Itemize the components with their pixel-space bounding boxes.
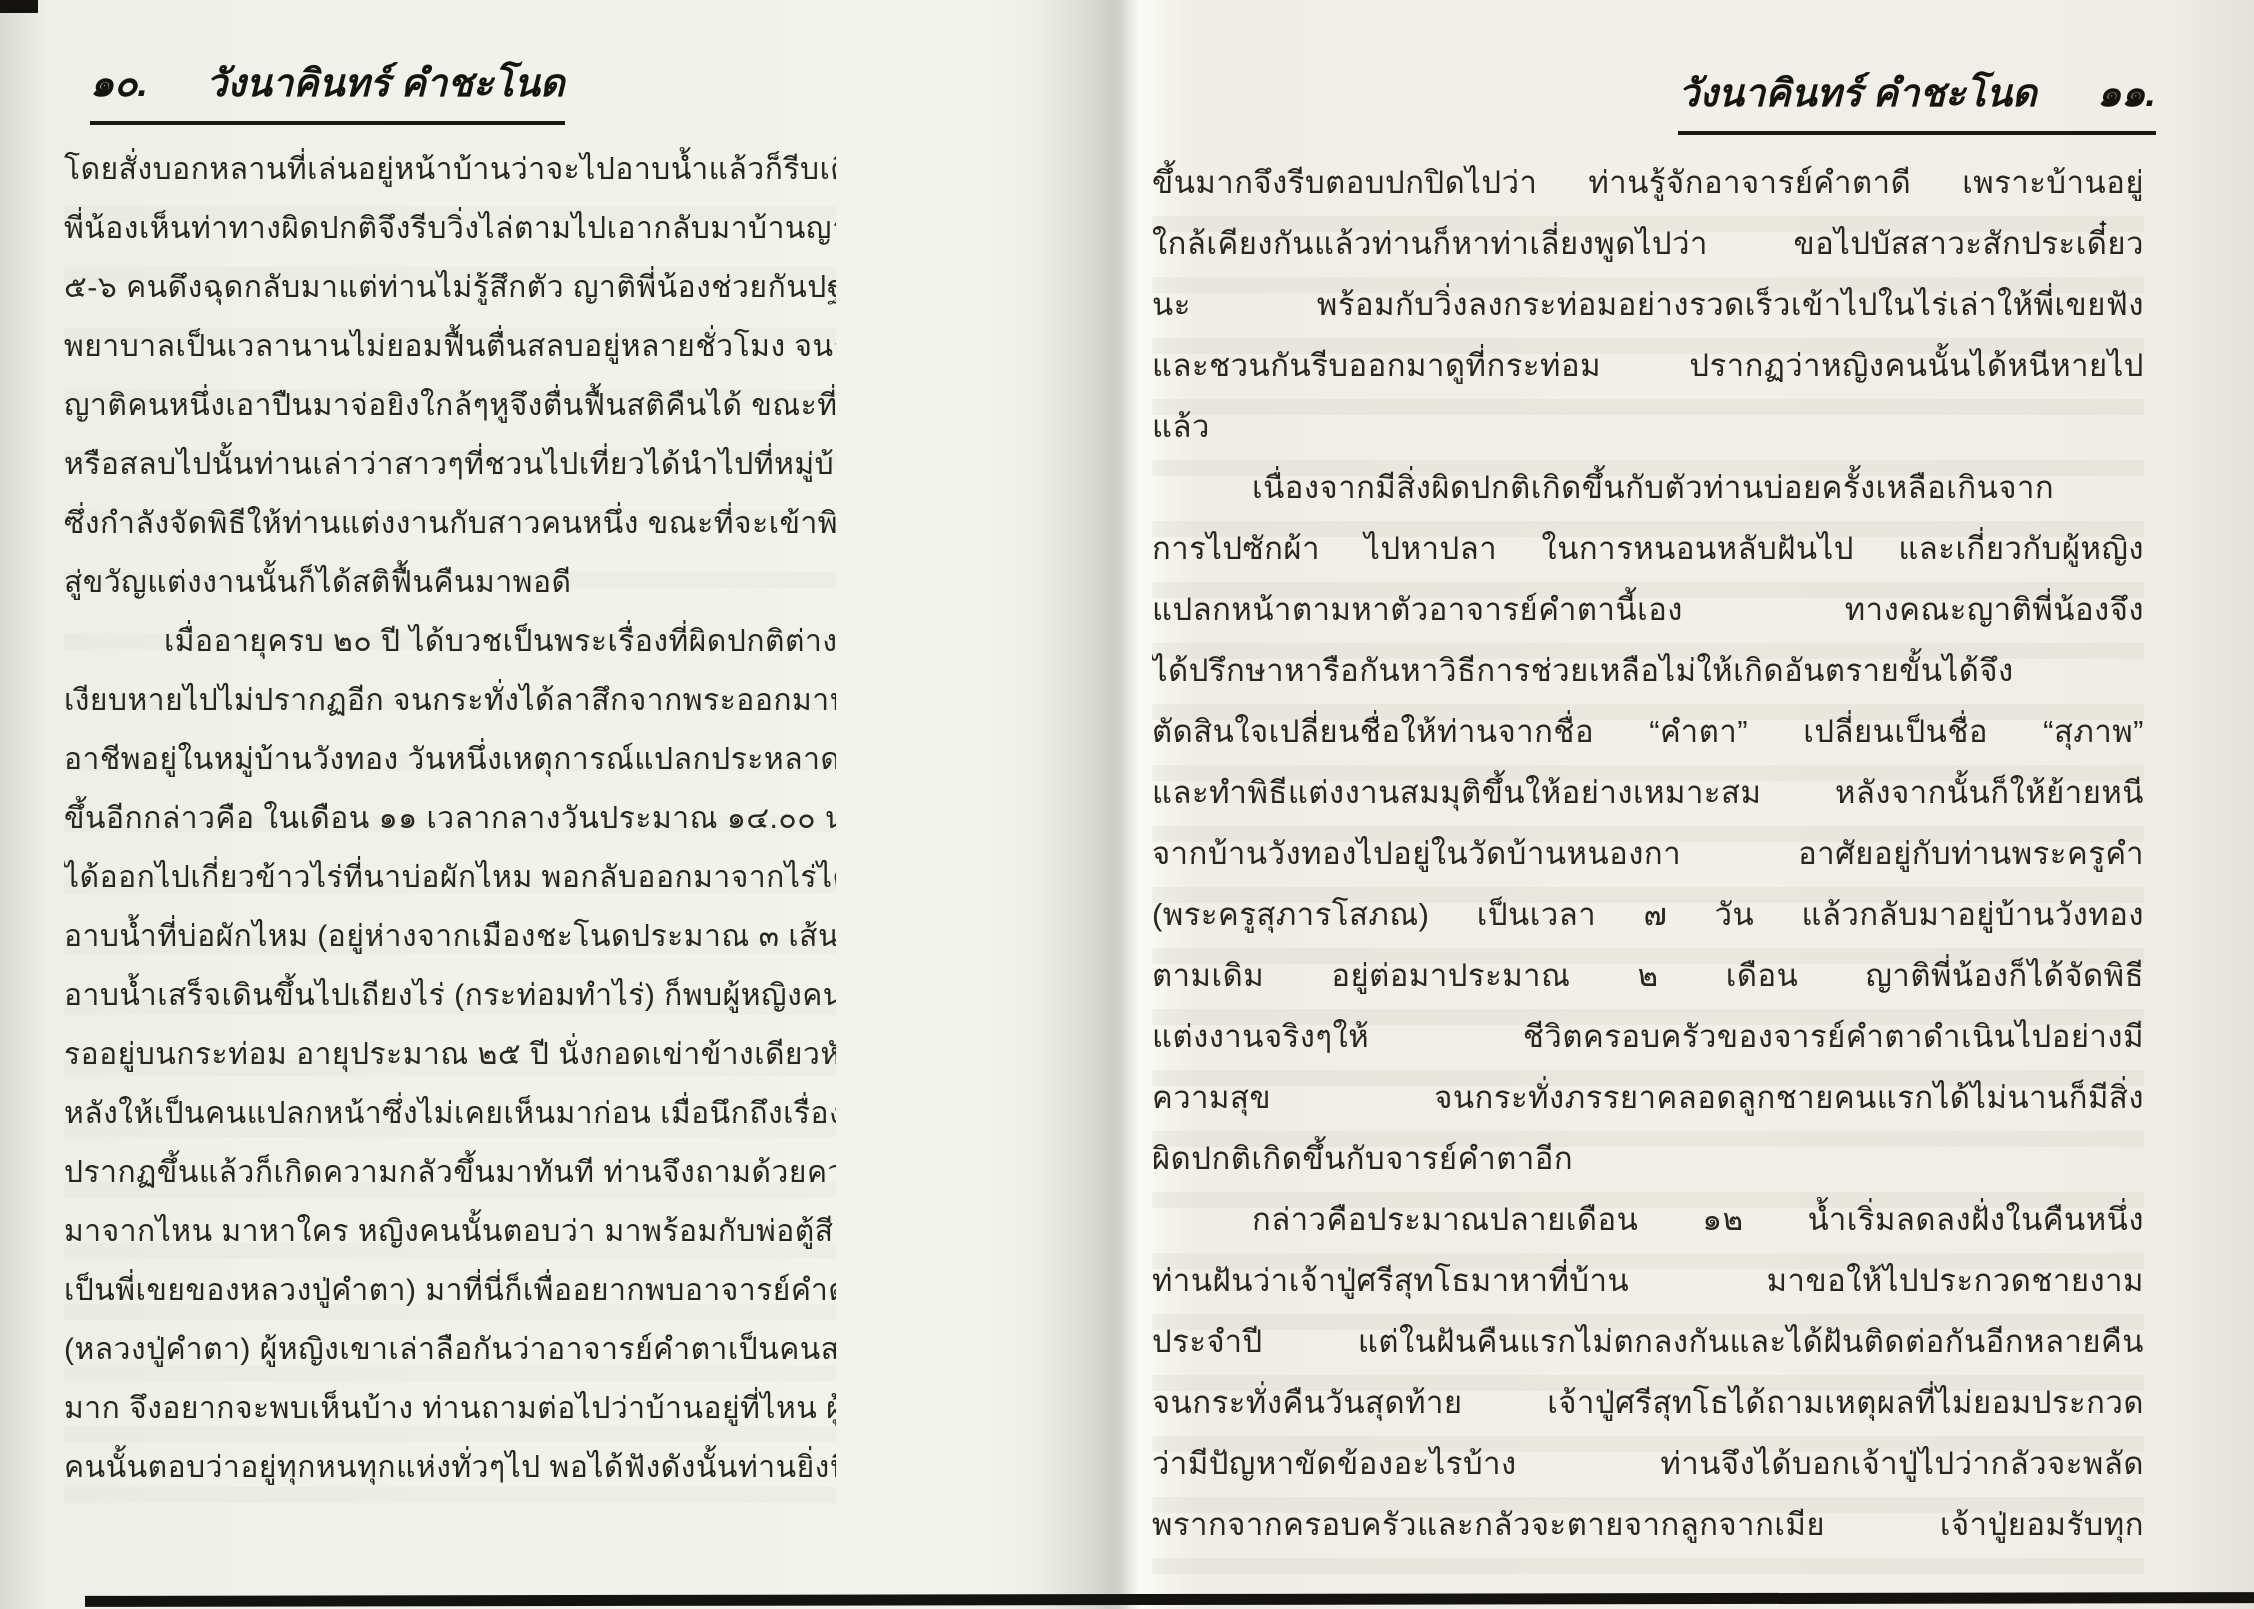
text-line: อาบน้ำเสร็จเดินขึ้นไปเถียงไร่ (กระท่อมทำ… — [64, 966, 836, 1025]
book-scan: ๑๐. วังนาคินทร์ คำชะโนด โดยสั่งบอกหลานที… — [0, 0, 2254, 1609]
text-line: จนกระทั่งคืนวันสุดท้าย เจ้าปู่ศรีสุทโธได… — [1152, 1372, 2144, 1433]
scan-edge-artifact-bottom — [85, 1592, 2254, 1607]
text-line: หลังให้เป็นคนแปลกหน้าซึ่งไม่เคยเห็นมาก่อ… — [64, 1084, 836, 1143]
text-line: นะ พร้อมกับวิ่งลงกระท่อมอย่างรวดเร็วเข้า… — [1152, 274, 2144, 335]
text-line: ใกล้เคียงกันแล้วท่านก็หาท่าเลี่ยงพูดไปว่… — [1152, 213, 2144, 274]
text-line: โดยสั่งบอกหลานที่เล่นอยู่หน้าบ้านว่าจะไป… — [64, 140, 836, 199]
text-line: ว่ามีปัญหาขัดข้องอะไรบ้าง ท่านจึงได้บอกเ… — [1152, 1433, 2144, 1494]
left-page-body: โดยสั่งบอกหลานที่เล่นอยู่หน้าบ้านว่าจะไป… — [64, 140, 836, 1497]
text-line: สู่ขวัญแต่งงานนั้นก็ได้สติฟื้นคืนมาพอดี — [64, 553, 836, 612]
text-line: เนื่องจากมีสิ่งผิดปกติเกิดขึ้นกับตัวท่าน… — [1152, 457, 2144, 518]
text-line: เงียบหายไปไม่ปรากฏอีก จนกระทั่งได้ลาสึกจ… — [64, 671, 836, 730]
right-page-number: ๑๑. — [2097, 62, 2156, 123]
text-line: เมื่ออายุครบ ๒๐ ปี ได้บวชเป็นพระเรื่องที… — [64, 612, 836, 671]
page-gutter-shadow — [1040, 0, 1170, 1609]
text-line: แล้ว — [1152, 396, 2144, 457]
text-line: ญาติคนหนึ่งเอาปืนมาจ่อยิงใกล้ๆหูจึงตื่นฟ… — [64, 376, 836, 435]
text-line: อาชีพอยู่ในหมู่บ้านวังทอง วันหนึ่งเหตุกา… — [64, 730, 836, 789]
text-line: ได้ปรึกษาหารือกันหาวิธีการช่วยเหลือไม่ให… — [1152, 640, 2144, 701]
text-line: (หลวงปู่คำตา) ผู้หญิงเขาเล่าลือกันว่าอาจ… — [64, 1320, 836, 1379]
text-line: ความสุข จนกระทั่งภรรยาคลอดลูกชายคนแรกได้… — [1152, 1067, 2144, 1128]
text-line: ท่านฝันว่าเจ้าปู่ศรีสุทโธมาหาที่บ้าน มาข… — [1152, 1250, 2144, 1311]
text-line: กล่าวคือประมาณปลายเดือน ๑๒ น้ำเริ่มลดลงฝ… — [1152, 1189, 2144, 1250]
text-line: ๕-๖ คนดึงฉุดกลับมาแต่ท่านไม่รู้สึกตัว ญา… — [64, 258, 836, 317]
text-line: ตัดสินใจเปลี่ยนชื่อให้ท่านจากชื่อ “คำตา”… — [1152, 701, 2144, 762]
left-page-header: ๑๐. วังนาคินทร์ คำชะโนด — [90, 52, 565, 125]
text-line: จากบ้านวังทองไปอยู่ในวัดบ้านหนองกา อาศัย… — [1152, 823, 2144, 884]
text-line: ปรากฏขึ้นแล้วก็เกิดความกลัวขึ้นมาทันที ท… — [64, 1143, 836, 1202]
text-line: และชวนกันรีบออกมาดูที่กระท่อม ปรากฏว่าหญ… — [1152, 335, 2144, 396]
text-line: ตามเดิม อยู่ต่อมาประมาณ ๒ เดือน ญาติพี่น… — [1152, 945, 2144, 1006]
text-line: การไปซักผ้า ไปหาปลา ในการหนอนหลับฝันไป แ… — [1152, 518, 2144, 579]
text-line: ซึ่งกำลังจัดพิธีให้ท่านแต่งงานกับสาวคนหน… — [64, 494, 836, 553]
text-line: ได้ออกไปเกี่ยวข้าวไร่ที่นาบ่อผักไหม พอกล… — [64, 848, 836, 907]
text-line: พี่น้องเห็นท่าทางผิดปกติจึงรีบวิ่งไล่ตาม… — [64, 199, 836, 258]
right-page-title: วังนาคินทร์ คำชะโนด — [1678, 62, 2037, 123]
text-line: อาบน้ำที่บ่อผักไหม (อยู่ห่างจากเมืองชะโน… — [64, 907, 836, 966]
text-line: มาจากไหน มาหาใคร หญิงคนนั้นตอบว่า มาพร้อ… — [64, 1202, 836, 1261]
text-line: พรากจากครอบครัวและกลัวจะตายจากลูกจากเมีย… — [1152, 1494, 2144, 1555]
left-page-number: ๑๐. — [90, 52, 148, 113]
text-line: หรือสลบไปนั้นท่านเล่าว่าสาวๆที่ชวนไปเที่… — [64, 435, 836, 494]
text-line: เป็นพี่เขยของหลวงปู่คำตา) มาที่นี่ก็เพื่… — [64, 1261, 836, 1320]
text-line: ขึ้นอีกกล่าวคือ ในเดือน ๑๑ เวลากลางวันปร… — [64, 789, 836, 848]
left-page-title: วังนาคินทร์ คำชะโนด — [206, 52, 565, 113]
text-line: พยาบาลเป็นเวลานานไม่ยอมฟื้นตื่นสลบอยู่หล… — [64, 317, 836, 376]
text-line: ขึ้นมากจึงรีบตอบปกปิดไปว่า ท่านรู้จักอาจ… — [1152, 152, 2144, 213]
text-line: แปลกหน้าตามหาตัวอาจารย์คำตานี้เอง ทางคณะ… — [1152, 579, 2144, 640]
right-page-body: ขึ้นมากจึงรีบตอบปกปิดไปว่า ท่านรู้จักอาจ… — [1152, 152, 2144, 1555]
text-line: รออยู่บนกระท่อม อายุประมาณ ๒๕ ปี นั่งกอด… — [64, 1025, 836, 1084]
text-line: ประจำปี แต่ในฝันคืนแรกไม่ตกลงกันและได้ฝั… — [1152, 1311, 2144, 1372]
right-page-header: วังนาคินทร์ คำชะโนด ๑๑. — [1678, 62, 2156, 135]
scan-edge-artifact-top-left — [0, 0, 38, 13]
text-line: และทำพิธีแต่งงานสมมุติขึ้นให้อย่างเหมาะส… — [1152, 762, 2144, 823]
text-line: มาก จึงอยากจะพบเห็นบ้าง ท่านถามต่อไปว่าบ… — [64, 1379, 836, 1438]
text-line: (พระครูสุภารโสภณ) เป็นเวลา ๗ วัน แล้วกลั… — [1152, 884, 2144, 945]
text-line: คนนั้นตอบว่าอยู่ทุกหนทุกแห่งทั่วๆไป พอได… — [64, 1438, 836, 1497]
text-line: ผิดปกติเกิดขึ้นกับจารย์คำตาอีก — [1152, 1128, 2144, 1189]
text-line: แต่งงานจริงๆให้ ชีวิตครอบครัวของจารย์คำต… — [1152, 1006, 2144, 1067]
